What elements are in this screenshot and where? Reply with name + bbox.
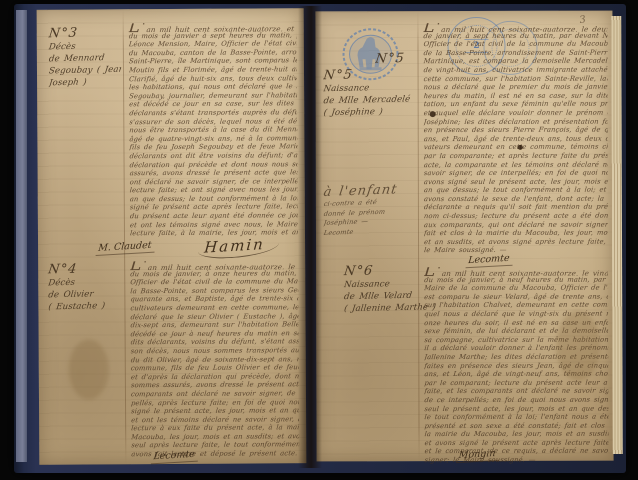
handwritten-line: et auquel elle déclare vouloir donner le… (423, 109, 608, 118)
handwritten-line: ( Joséphine ) (323, 105, 421, 119)
handwritten-line: de vingt-huit ans, cultivatrice immigran… (423, 66, 608, 75)
paper-stain (556, 311, 600, 381)
book-binding-edge (16, 10, 27, 462)
handwritten-line: L'an mil huit cent soixante-quatorze, le… (423, 23, 607, 32)
handwritten-line: la mairie du Macouba, les jour, mois et … (424, 430, 609, 439)
margin-note-act4: N°4Décèsde Olivier( Eustache ) (48, 261, 124, 312)
handwritten-line: faite, et les comparants ont déclaré ne … (424, 387, 609, 396)
handwritten-line: N°3 (48, 25, 122, 42)
handwritten-line: N°5 (375, 51, 425, 67)
act5-number: N°5 (376, 51, 424, 66)
handwritten-line: par la comparante; et après lecture fait… (423, 152, 608, 161)
handwritten-line: Maire de la commune du Macouba, Officier… (424, 284, 608, 293)
handwritten-line: le Maire soussigné. — (424, 246, 608, 255)
page-edge-stack (611, 16, 623, 454)
handwritten-line: déclarants ont dit être voisins du défun… (129, 151, 298, 161)
signature-lecomte-act4: Lecomte (151, 449, 199, 465)
act4-body-text: L'an mil huit cent soixante-quatorze, le… (130, 260, 299, 461)
register-page-left: N°3Décèsde MennardSegoubay ( JeanJoseph … (37, 8, 307, 465)
ink-spot (518, 145, 523, 150)
paper-stain (69, 339, 109, 399)
signature-claudet: M. Claudet (96, 240, 156, 257)
handwritten-line: nom ci-dessus; lecture du présent acte a… (424, 212, 609, 221)
handwritten-line: son décès, nous nous sommes transportés … (130, 346, 299, 356)
handwritten-line: signer; le Maire soussigné. — (424, 456, 608, 465)
handwritten-line: comparants ont déclaré ne savoir signer,… (131, 389, 300, 399)
margin-note-act3: N°3Décèsde MennardSegoubay ( JeanJoseph … (49, 25, 121, 88)
act5-body-text: L'an mil huit cent soixante-quatorze, le… (423, 23, 608, 257)
handwritten-line: fait et clos à la mairie du Macouba, les… (424, 229, 609, 238)
ink-spot (430, 111, 436, 117)
margin-note-act5: N°5Naissancede Mlle Mercadelé( Joséphine… (324, 67, 420, 118)
handwritten-line: déclarants s'étant transportés auprès du… (129, 108, 298, 118)
handwritten-line: tation, un enfant du sexe féminin qu'ell… (423, 100, 608, 109)
marginal-mention-act5: à l'enfantci-contre a étédonné le prénom… (324, 183, 418, 236)
handwritten-line: vateurs demeurant en cette commune, témo… (423, 143, 608, 152)
handwritten-line: L'an mil huit cent soixante-quatorze, le… (424, 267, 608, 276)
signature-mongin-act6: Mongin (456, 448, 500, 463)
act3-body-text: L'an mil huit cent soixante-quatorze, et… (129, 22, 298, 241)
handwritten-line: Joseph ) (48, 76, 122, 90)
handwritten-line: Officier de l'état civil de la commune d… (423, 40, 607, 49)
handwritten-line: en présence des sieurs Pierre François, … (423, 126, 608, 135)
handwritten-line: cultivateurs demeurant en cette commune,… (130, 303, 299, 313)
handwritten-line: Moutin fils et Florimée, âgé de trente-h… (129, 65, 298, 75)
signature-hamin: Hamin (197, 234, 279, 260)
handwritten-line: an que dessus; le tout conformément à la… (423, 186, 608, 195)
register-page-right: 3 2 N°5 N°5Naissancede Mlle Mercadelé( J… (315, 11, 613, 462)
handwritten-line: savoir signer, de ce interpellés; en foi… (423, 169, 608, 178)
margin-rule-left (123, 9, 127, 464)
handwritten-line: le tout conformément à la loi; l'enfant … (424, 413, 609, 422)
handwritten-line: de ce interpellés; en foi de quoi nous a… (424, 396, 609, 405)
handwritten-line: ( Eustache ) (48, 300, 126, 314)
handwritten-line: nous a déclaré que le premier du mois de… (423, 83, 608, 92)
